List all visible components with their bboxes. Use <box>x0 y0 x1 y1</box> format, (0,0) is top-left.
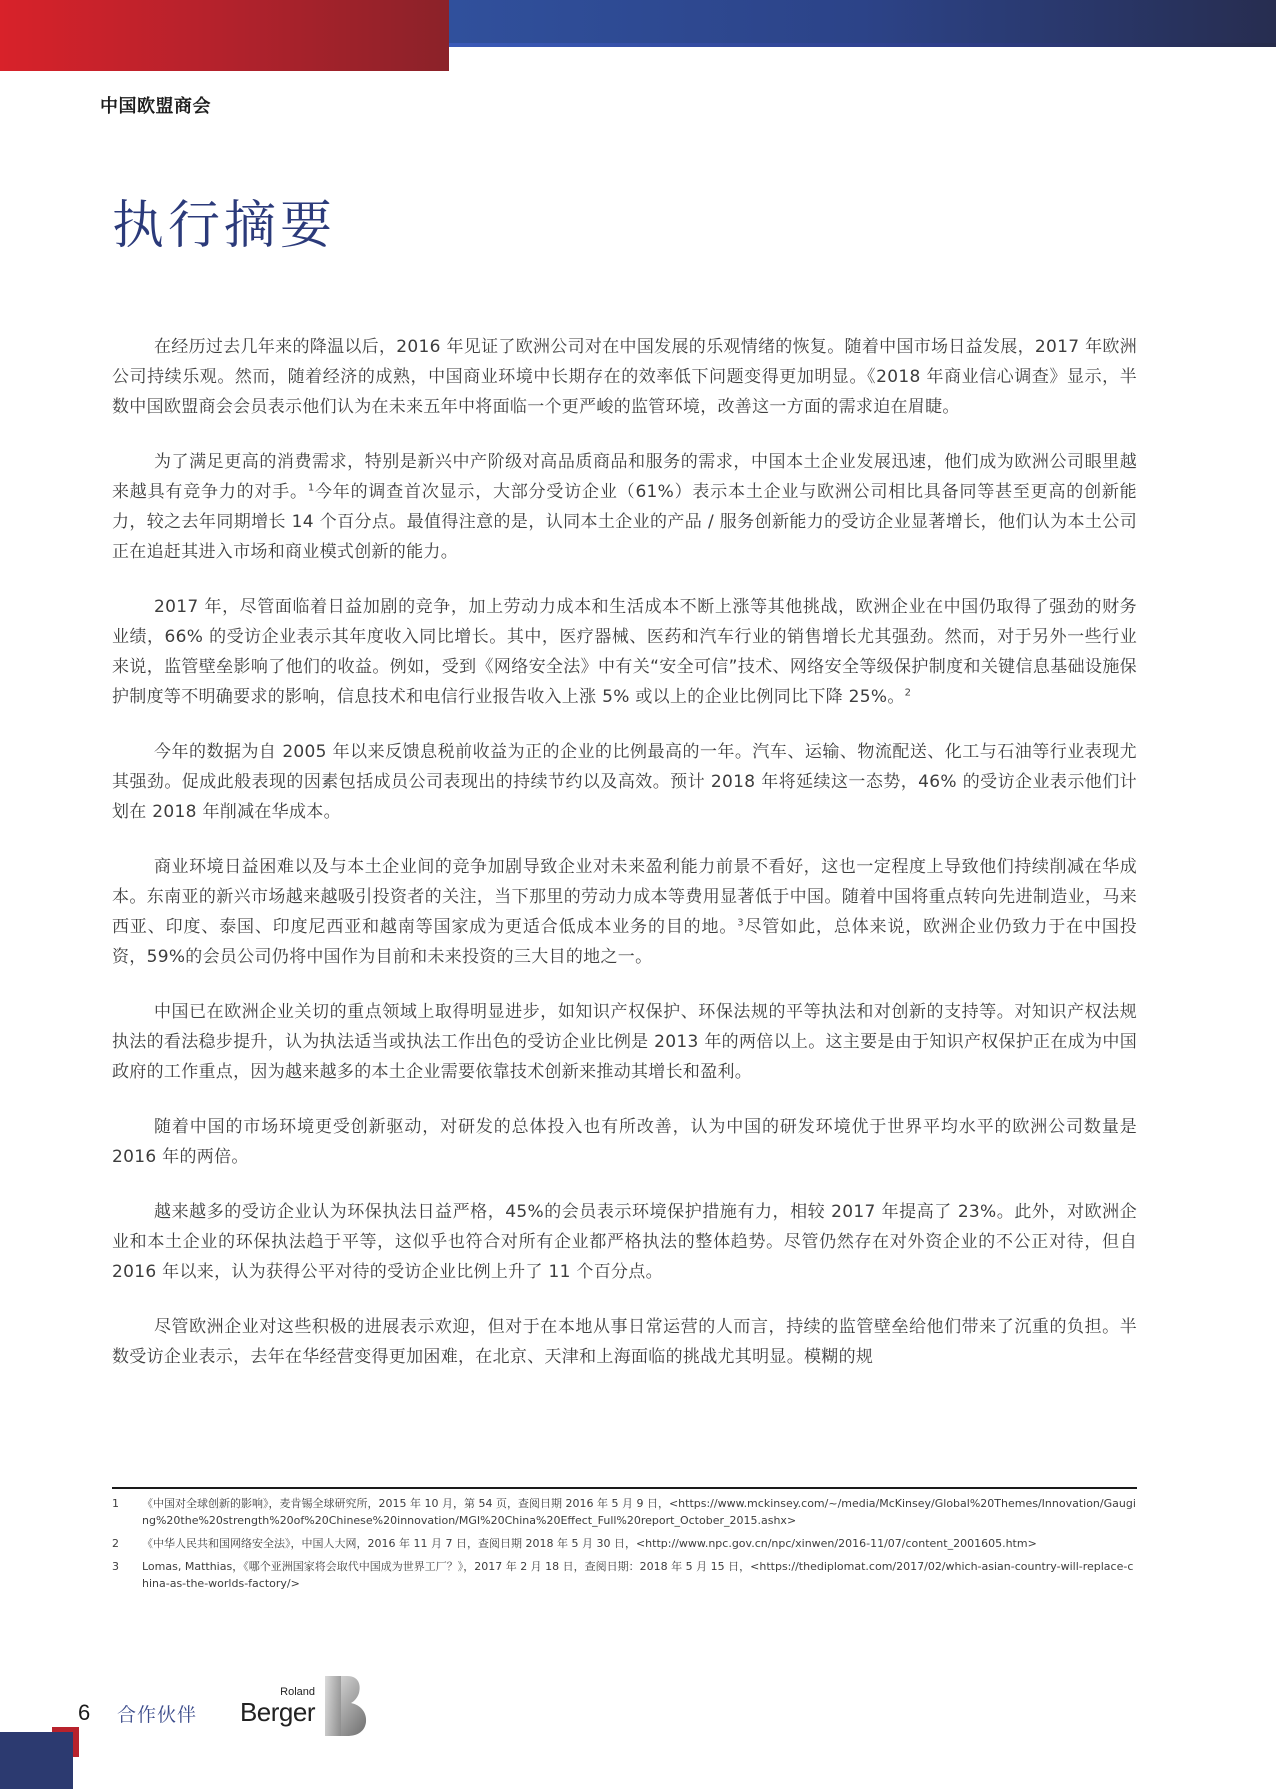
body-content: 在经历过去几年来的降温以后，2016 年见证了欧洲公司对在中国发展的乐观情绪的恢… <box>112 332 1137 1397</box>
paragraph: 随着中国的市场环境更受创新驱动，对研发的总体投入也有所改善，认为中国的研发环境优… <box>112 1112 1137 1172</box>
footnote-text[interactable]: 《中国对全球创新的影响》，麦肯锡全球研究所，2015 年 10 月，第 54 页… <box>142 1495 1137 1529</box>
paragraph: 中国已在欧洲企业关切的重点领域上取得明显进步，如知识产权保护、环保法规的平等执法… <box>112 997 1137 1087</box>
roland-berger-b-icon <box>323 1675 368 1737</box>
footnote-item: 3 Lomas, Matthias，《哪个亚洲国家将会取代中国成为世界工厂？》，… <box>112 1558 1137 1592</box>
paragraph: 今年的数据为自 2005 年以来反馈息税前收益为正的企业的比例最高的一年。汽车、… <box>112 737 1137 827</box>
org-name: 中国欧盟商会 <box>100 92 211 118</box>
page-number: 6 <box>78 1700 90 1726</box>
paragraph: 在经历过去几年来的降温以后，2016 年见证了欧洲公司对在中国发展的乐观情绪的恢… <box>112 332 1137 422</box>
paragraph: 商业环境日益困难以及与本土企业间的竞争加剧导致企业对未来盈利能力前景不看好，这也… <box>112 852 1137 972</box>
header-blue-bar <box>449 0 1276 47</box>
page-title: 执行摘要 <box>112 200 336 252</box>
footnote-item: 1 《中国对全球创新的影响》，麦肯锡全球研究所，2015 年 10 月，第 54… <box>112 1495 1137 1529</box>
roland-berger-logo: Roland Berger <box>240 1675 370 1740</box>
footnote-number: 3 <box>112 1558 142 1592</box>
footnote-ref[interactable]: 2 <box>905 687 912 698</box>
logo-text-berger: Berger <box>240 1697 315 1728</box>
footnote-ref[interactable]: 1 <box>308 482 315 493</box>
paragraph: 为了满足更高的消费需求，特别是新兴中产阶级对高品质商品和服务的需求，中国本土企业… <box>112 447 1137 567</box>
footnotes-section: 1 《中国对全球创新的影响》，麦肯锡全球研究所，2015 年 10 月，第 54… <box>112 1487 1137 1598</box>
footnote-text[interactable]: 《中华人民共和国网络安全法》，中国人大网，2016 年 11 月 7 日，查阅日… <box>142 1535 1137 1552</box>
partner-label: 合作伙伴 <box>117 1700 197 1727</box>
footnote-ref[interactable]: 3 <box>737 917 744 928</box>
paragraph: 尽管欧洲企业对这些积极的进展表示欢迎，但对于在本地从事日常运营的人而言，持续的监… <box>112 1312 1137 1372</box>
footnote-number: 1 <box>112 1495 142 1529</box>
footnote-number: 2 <box>112 1535 142 1552</box>
header-red-bar <box>0 0 449 71</box>
paragraph: 2017 年，尽管面临着日益加剧的竞争，加上劳动力成本和生活成本不断上涨等其他挑… <box>112 592 1137 712</box>
paragraph: 越来越多的受访企业认为环保执法日益严格，45%的会员表示环境保护措施有力，相较 … <box>112 1197 1137 1287</box>
footnote-text[interactable]: Lomas, Matthias，《哪个亚洲国家将会取代中国成为世界工厂？》，20… <box>142 1558 1137 1592</box>
footnote-item: 2 《中华人民共和国网络安全法》，中国人大网，2016 年 11 月 7 日，查… <box>112 1535 1137 1552</box>
footer-navy-block <box>0 1732 73 1789</box>
